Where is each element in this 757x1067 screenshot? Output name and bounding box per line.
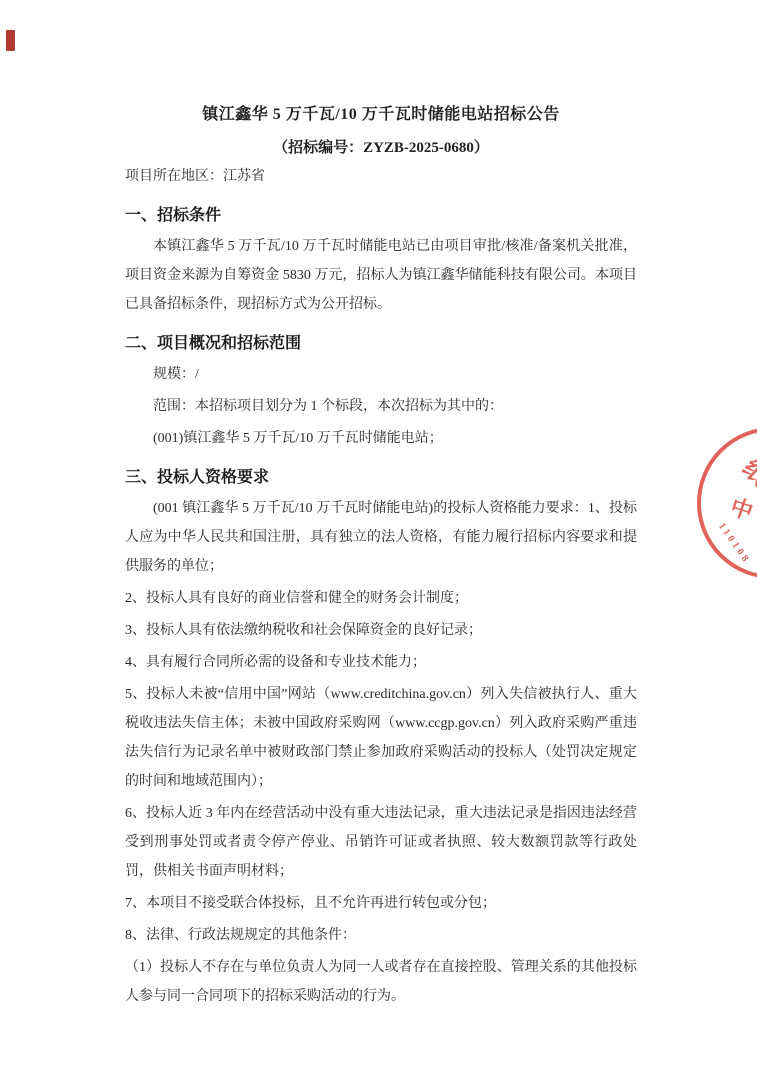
- section-heading-1: 一、招标条件: [125, 203, 637, 229]
- paragraph-item-2: 2、投标人具有良好的商业信誉和健全的财务会计制度；: [125, 584, 637, 613]
- paragraph-item-5: 5、投标人未被“信用中国”网站（www.creditchina.gov.cn）列…: [125, 680, 637, 796]
- section-heading-2: 二、项目概况和招标范围: [125, 331, 637, 357]
- doc-title: 镇江鑫华 5 万千瓦/10 万千瓦时储能电站招标公告: [125, 104, 637, 126]
- red-corner-mark: [6, 30, 15, 51]
- paragraph-item-3: 3、投标人具有依法缴纳税收和社会保障资金的良好记录；: [125, 616, 637, 645]
- stamp-character-top: 纸: [736, 449, 757, 491]
- doc-tender-number: （招标编号：ZYZB-2025-0680）: [125, 138, 637, 159]
- paragraph-item-6: 6、投标人近 3 年内在经营活动中没有重大违法记录，重大违法记录是指因违法经营受…: [125, 799, 637, 886]
- document-page: 镇江鑫华 5 万千瓦/10 万千瓦时储能电站招标公告 （招标编号：ZYZB-20…: [0, 0, 757, 1067]
- paragraph-item-7: 7、本项目不接受联合体投标，且不允许再进行转包或分包；: [125, 889, 637, 918]
- stamp-character-middle: 中: [727, 490, 757, 526]
- paragraph-scale: 规模：/: [125, 360, 637, 389]
- paragraph-scope: 范围：本招标项目划分为 1 个标段，本次招标为其中的：: [125, 392, 637, 421]
- official-stamp: 纸 中 110108: [697, 427, 757, 579]
- stamp-number: 110108: [716, 521, 752, 566]
- paragraph-item-8: 8、法律、行政法规规定的其他条件：: [125, 921, 637, 950]
- paragraph-tender-conditions: 本镇江鑫华 5 万千瓦/10 万千瓦时储能电站已由项目审批/核准/备案机关批准，…: [125, 232, 637, 319]
- paragraph-item-8-1: （1）投标人不存在与单位负责人为同一人或者存在直接控股、管理关系的其他投标人参与…: [125, 953, 637, 1011]
- paragraph-lot-001: (001)镇江鑫华 5 万千瓦/10 万千瓦时储能电站；: [125, 424, 637, 453]
- section-heading-3: 三、投标人资格要求: [125, 465, 637, 491]
- paragraph-item-4: 4、具有履行合同所必需的设备和专业技术能力；: [125, 648, 637, 677]
- document-content: 镇江鑫华 5 万千瓦/10 万千瓦时储能电站招标公告 （招标编号：ZYZB-20…: [125, 104, 637, 1014]
- project-region-line: 项目所在地区：江苏省: [125, 162, 637, 191]
- paragraph-qualification-intro: (001 镇江鑫华 5 万千瓦/10 万千瓦时储能电站)的投标人资格能力要求：1…: [125, 494, 637, 581]
